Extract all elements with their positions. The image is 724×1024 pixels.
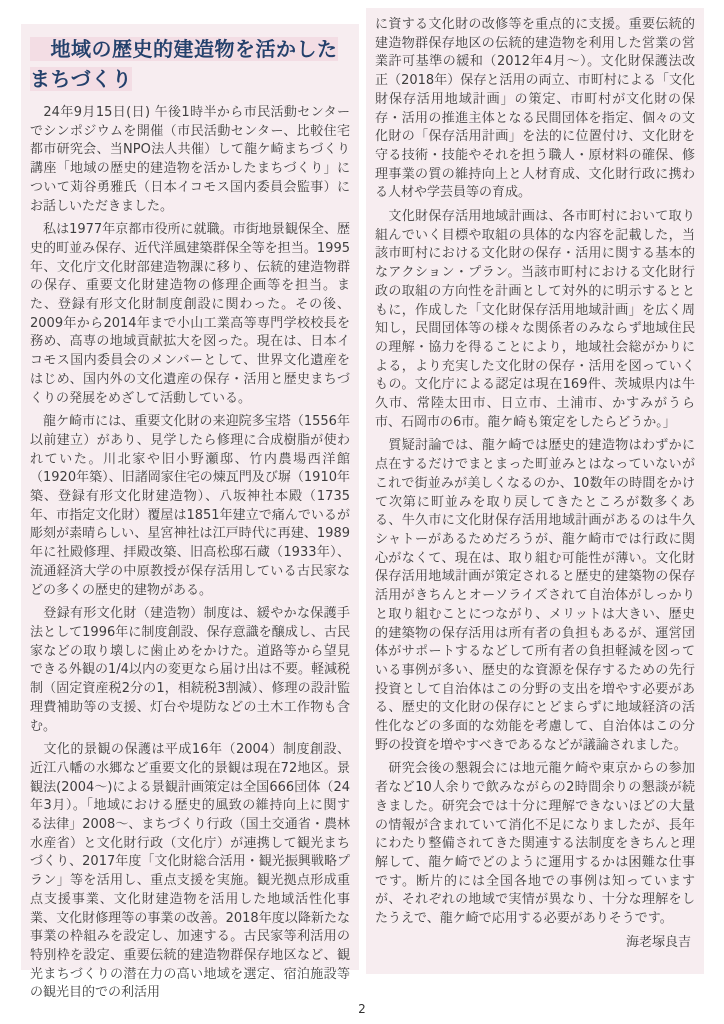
title-line-2: まちづくり: [30, 67, 132, 91]
article-paragraph: 龍ケ崎市には、重要文化財の来迎院多宝塔（1556年以前建立）があり、見学したら修…: [30, 413, 350, 600]
article-paragraph: 登録有形文化財（建造物）制度は、緩やかな保護手法として1996年に制度創設、保存…: [30, 605, 350, 736]
article-paragraph: 研究会後の懇親会には地元龍ケ崎や東京からの参加者など10人余りで飲みながらの2時…: [375, 760, 695, 928]
title-line-1: 地域の歴史的建造物を活かした: [30, 37, 338, 61]
article-paragraph: 質疑討論では、龍ケ崎では歴史的建造物はわずかに点在するだけでまとまった町並みとは…: [375, 437, 695, 755]
right-column: に資する文化財の改修等を重点的に支援。重要伝統的建造物群保存地区の伝統的建造物を…: [366, 8, 704, 974]
article-paragraph: 24年9月15日(日) 午後1時半から市民活動センターでシンポジウムを開催（市民…: [30, 104, 350, 216]
author-signature: 海老塚良吉: [375, 934, 695, 953]
article-title: 地域の歴史的建造物を活かしたまちづくり: [30, 34, 350, 94]
article-paragraph: 文化財保存活用地域計画は、各市町村において取り組んでいく目標や取組の具体的な内容…: [375, 208, 695, 432]
article-paragraph: 文化的景観の保護は平成16年（2004）制度創設、近江八幡の水郷など重要文化的景…: [30, 741, 350, 1003]
newsletter-page: 地域の歴史的建造物を活かしたまちづくり 24年9月15日(日) 午後1時半から市…: [0, 0, 724, 1024]
article-paragraph: 私は1977年京都市役所に就職。市街地景観保全、歴史的町並み保存、近代洋風建築群…: [30, 221, 350, 408]
article-paragraph: に資する文化財の改修等を重点的に支援。重要伝統的建造物群保存地区の伝統的建造物を…: [375, 16, 695, 203]
left-column: 地域の歴史的建造物を活かしたまちづくり 24年9月15日(日) 午後1時半から市…: [21, 24, 359, 970]
page-number: 2: [0, 1002, 724, 1016]
